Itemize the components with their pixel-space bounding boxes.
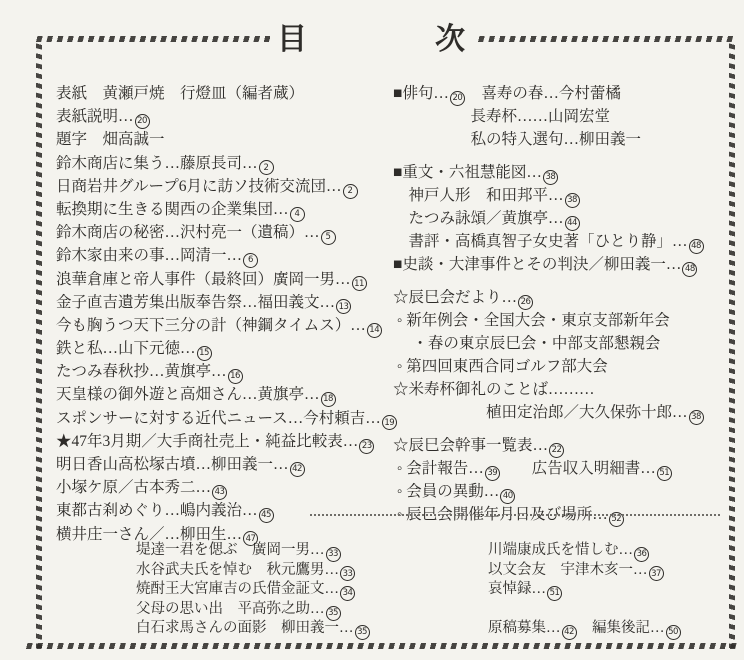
circled-page-number: 45 bbox=[259, 508, 274, 523]
toc-entry-text: 横井庄一さん／…柳田生… bbox=[56, 526, 242, 543]
toc-left-column: 表紙 黄瀬戸焼 行燈皿（編者蔵）表紙説明…20題字 畑高誠一鈴木商店に集う…藤原… bbox=[56, 82, 392, 546]
toc-entry-text: 鈴木商店の秘密…沢村亮一（遺稿）… bbox=[56, 224, 320, 241]
toc-gap bbox=[393, 276, 733, 286]
toc-entry: 以文会友 宇津木亥一…37 bbox=[488, 561, 728, 581]
toc-entry: ☆辰巳会幹事一覧表…22 bbox=[393, 434, 733, 457]
toc-entry: 鈴木商店の秘密…沢村亮一（遺稿）…5 bbox=[56, 221, 392, 244]
toc-entry-text: ■俳句… bbox=[393, 85, 449, 102]
toc-entry: 表紙説明…20 bbox=[56, 105, 392, 128]
circled-page-number: 38 bbox=[543, 170, 558, 185]
toc-entry-text: ・春の東京辰巳会・中部支部懇親会 bbox=[393, 335, 660, 352]
toc-entry-text: 私の特入選句…柳田義一 bbox=[393, 131, 641, 148]
toc-entry-text: 浪華倉庫と帝人事件（最終回）廣岡一男… bbox=[56, 271, 351, 288]
toc-entry-text: 今も胸うつ天下三分の計（神鋼タイムス）… bbox=[56, 317, 366, 334]
toc-entry-text: 転換期に生きる関西の企業集団… bbox=[56, 201, 289, 218]
toc-entry: 植田定治郎／大久保弥十郎…38 bbox=[393, 401, 733, 424]
circled-page-number: 36 bbox=[634, 547, 649, 562]
circled-page-number: 23 bbox=[359, 439, 374, 454]
toc-entry: ★47年3月期／大手商社売上・純益比較表…23 bbox=[56, 430, 392, 453]
toc-entry: 転換期に生きる関西の企業集団…4 bbox=[56, 198, 392, 221]
toc-entry-text: 川端康成氏を惜しむ… bbox=[488, 542, 633, 558]
toc-entry-text: 以文会友 宇津木亥一… bbox=[488, 562, 648, 578]
toc-entry: たつみ春秋抄…黄旗亭…16 bbox=[56, 360, 392, 383]
toc-entry: ■史談・大津事件とその判決／柳田義一…48 bbox=[393, 253, 733, 276]
circled-page-number: 34 bbox=[340, 586, 355, 601]
toc-entry-text: 鈴木家由来の事…岡清一… bbox=[56, 247, 242, 264]
toc-entry-text: ☆辰巳会幹事一覧表… bbox=[393, 437, 548, 454]
circled-page-number: 38 bbox=[689, 410, 704, 425]
circled-page-number: 22 bbox=[549, 443, 564, 458]
toc-entry: 明日香山高松塚古墳…柳田義一…42 bbox=[56, 453, 392, 476]
toc-entry: 題字 畑高誠一 bbox=[56, 128, 392, 151]
circled-page-number: 35 bbox=[355, 625, 370, 640]
toc-entry-text: 父母の思い出 平高弥之助… bbox=[136, 601, 325, 617]
toc-entry-text: ■史談・大津事件とその判決／柳田義一… bbox=[393, 256, 681, 273]
toc-entry: 鈴木商店に集う…藤原長司…2 bbox=[56, 152, 392, 175]
toc-entry: 今も胸うつ天下三分の計（神鋼タイムス）…14 bbox=[56, 314, 392, 337]
toc-entry: 東都古刹めぐり…嶋内義治…45 bbox=[56, 499, 392, 522]
toc-entry-text: 明日香山高松塚古墳…柳田義一… bbox=[56, 456, 289, 473]
toc-entry-text: 金子直吉遺芳集出版奉告祭…福田義文… bbox=[56, 294, 335, 311]
toc-page: 目 次 表紙 黄瀬戸焼 行燈皿（編者蔵）表紙説明…20題字 畑高誠一鈴木商店に集… bbox=[0, 0, 744, 660]
page-title-char-left: 目 bbox=[277, 14, 309, 58]
toc-entry-text: 表紙 黄瀬戸焼 行燈皿（編者蔵） bbox=[56, 85, 304, 102]
toc-entry-text: 広告収入明細書… bbox=[501, 460, 656, 477]
toc-gap bbox=[488, 600, 728, 620]
page-title-char-right: 次 bbox=[435, 14, 467, 58]
circled-page-number: 20 bbox=[135, 114, 150, 129]
circled-page-number: 4 bbox=[290, 207, 305, 222]
circled-page-number: 44 bbox=[565, 216, 580, 231]
dotted-separator bbox=[310, 514, 720, 516]
circled-page-number: 33 bbox=[340, 566, 355, 581]
toc-entry-text: 神戸人形 和田邦平… bbox=[393, 187, 564, 204]
toc-entry-text: 天皇様の御外遊と高畑さん…黄旗亭… bbox=[56, 386, 320, 403]
toc-entry-text: ◦ 第四回東西合同ゴルフ部大会 bbox=[393, 358, 608, 375]
toc-entry-text: ☆米寿杯御礼のことば……… bbox=[393, 381, 595, 398]
toc-entry: 金子直吉遺芳集出版奉告祭…福田義文…13 bbox=[56, 291, 392, 314]
circled-page-number: 48 bbox=[689, 239, 704, 254]
circled-page-number: 50 bbox=[666, 625, 681, 640]
toc-entry-text: ■重文・六祖慧能図… bbox=[393, 164, 542, 181]
toc-entry: 鈴木家由来の事…岡清一…6 bbox=[56, 244, 392, 267]
circled-page-number: 39 bbox=[485, 466, 500, 481]
toc-entry: スポンサーに対する近代ニュース…今村頼吉…19 bbox=[56, 407, 392, 430]
toc-entry-text: スポンサーに対する近代ニュース…今村頼吉… bbox=[56, 410, 381, 427]
toc-entry: 書評・高橋真智子女史著「ひとり静」…48 bbox=[393, 230, 733, 253]
circled-page-number: 11 bbox=[352, 276, 367, 291]
circled-page-number: 35 bbox=[326, 606, 341, 621]
toc-gap bbox=[393, 151, 733, 161]
circled-page-number: 2 bbox=[343, 184, 358, 199]
toc-entry-text: 鈴木商店に集う…藤原長司… bbox=[56, 155, 258, 172]
circled-page-number: 38 bbox=[565, 193, 580, 208]
circled-page-number: 6 bbox=[243, 253, 258, 268]
toc-entry-text: 表紙説明… bbox=[56, 108, 134, 125]
toc-entry: ☆辰巳会だより…26 bbox=[393, 286, 733, 309]
toc-memorial-right-block: 川端康成氏を惜しむ…36以文会友 宇津木亥一…37哀悼録…51原稿募集…42 編… bbox=[488, 541, 728, 639]
toc-entry: 鉄と私…山下元徳…15 bbox=[56, 337, 392, 360]
toc-gap bbox=[393, 424, 733, 434]
circled-page-number: 18 bbox=[321, 392, 336, 407]
circled-page-number: 5 bbox=[321, 230, 336, 245]
toc-entry-text: 書評・高橋真智子女史著「ひとり静」… bbox=[393, 233, 688, 250]
toc-entry-text: 東都古刹めぐり…嶋内義治… bbox=[56, 502, 258, 519]
toc-entry: ◦ 第四回東西合同ゴルフ部大会 bbox=[393, 355, 733, 378]
toc-entry: ◦ 会計報告…39 広告収入明細書…51 bbox=[393, 457, 733, 480]
border-bottom bbox=[26, 643, 740, 649]
toc-entry-text: 小塚ケ原／古本秀二… bbox=[56, 479, 211, 496]
toc-entry: ◦ 新年例会・全国大会・東京支部新年会 bbox=[393, 309, 733, 332]
toc-entry: 白石求馬さんの面影 柳田義一…35 bbox=[136, 619, 466, 639]
toc-entry: 神戸人形 和田邦平…38 bbox=[393, 184, 733, 207]
toc-entry: ・春の東京辰巳会・中部支部懇親会 bbox=[393, 332, 733, 355]
circled-page-number: 51 bbox=[547, 586, 562, 601]
toc-entry-text: 水谷武夫氏を悼む 秋元鷹男… bbox=[136, 562, 339, 578]
toc-entry: 父母の思い出 平高弥之助…35 bbox=[136, 600, 466, 620]
toc-entry-text: 編集後記… bbox=[578, 620, 665, 636]
circled-page-number: 51 bbox=[657, 466, 672, 481]
toc-entry: 焼酎王大宮庫吉の氏借金証文…34 bbox=[136, 580, 466, 600]
circled-page-number: 37 bbox=[649, 566, 664, 581]
toc-entry: 天皇様の御外遊と高畑さん…黄旗亭…18 bbox=[56, 383, 392, 406]
circled-page-number: 15 bbox=[197, 346, 212, 361]
toc-entry-text: 植田定治郎／大久保弥十郎… bbox=[393, 404, 688, 421]
toc-entry-text: たつみ春秋抄…黄旗亭… bbox=[56, 363, 227, 380]
toc-entry: 私の特入選句…柳田義一 bbox=[393, 128, 733, 151]
toc-entry: ■俳句…20 喜寿の春…今村蕾橘 bbox=[393, 82, 733, 105]
circled-page-number: 42 bbox=[562, 625, 577, 640]
border-left bbox=[36, 40, 42, 648]
circled-page-number: 16 bbox=[228, 369, 243, 384]
circled-page-number: 26 bbox=[518, 295, 533, 310]
toc-entry-text: 題字 畑高誠一 bbox=[56, 131, 165, 148]
page-title: 目 次 bbox=[0, 14, 744, 58]
toc-entry: 川端康成氏を惜しむ…36 bbox=[488, 541, 728, 561]
toc-entry-text: 喜寿の春…今村蕾橘 bbox=[466, 85, 621, 102]
circled-page-number: 14 bbox=[367, 323, 382, 338]
circled-page-number: 42 bbox=[290, 462, 305, 477]
toc-entry: 水谷武夫氏を悼む 秋元鷹男…33 bbox=[136, 561, 466, 581]
circled-page-number: 48 bbox=[682, 262, 697, 277]
toc-entry: 原稿募集…42 編集後記…50 bbox=[488, 619, 728, 639]
circled-page-number: 20 bbox=[450, 91, 465, 106]
toc-entry-text: 原稿募集… bbox=[488, 620, 561, 636]
toc-entry: 小塚ケ原／古本秀二…43 bbox=[56, 476, 392, 499]
toc-entry-text: ◦ 会員の異動… bbox=[393, 483, 499, 500]
toc-entry-text: 鉄と私…山下元徳… bbox=[56, 340, 196, 357]
toc-entry: ■重文・六祖慧能図…38 bbox=[393, 161, 733, 184]
toc-entry: 長寿杯……山岡宏堂 bbox=[393, 105, 733, 128]
toc-entry: 日商岩井グループ6月に訪ソ技術交流団…2 bbox=[56, 175, 392, 198]
toc-entry-text: ◦ 新年例会・全国大会・東京支部新年会 bbox=[393, 312, 670, 329]
toc-entry-text: 長寿杯……山岡宏堂 bbox=[393, 108, 610, 125]
toc-entry-text: たつみ詠頌／黄旗亭… bbox=[393, 210, 564, 227]
toc-entry: ◦ 会員の異動…40 bbox=[393, 480, 733, 503]
circled-page-number: 40 bbox=[500, 489, 515, 504]
toc-entry-text: 焼酎王大宮庫吉の氏借金証文… bbox=[136, 581, 339, 597]
toc-entry: 表紙 黄瀬戸焼 行燈皿（編者蔵） bbox=[56, 82, 392, 105]
toc-entry-text: ☆辰巳会だより… bbox=[393, 289, 517, 306]
toc-entry: ☆米寿杯御礼のことば……… bbox=[393, 378, 733, 401]
toc-entry: たつみ詠頌／黄旗亭…44 bbox=[393, 207, 733, 230]
circled-page-number: 33 bbox=[326, 547, 341, 562]
toc-entry-text: ★47年3月期／大手商社売上・純益比較表… bbox=[56, 433, 358, 450]
toc-entry-text: ◦ 会計報告… bbox=[393, 460, 484, 477]
circled-page-number: 13 bbox=[336, 299, 351, 314]
circled-page-number: 43 bbox=[212, 485, 227, 500]
toc-entry-text: 哀悼録… bbox=[488, 581, 546, 597]
toc-entry: 浪華倉庫と帝人事件（最終回）廣岡一男…11 bbox=[56, 268, 392, 291]
circled-page-number: 2 bbox=[259, 160, 274, 175]
toc-right-column: ■俳句…20 喜寿の春…今村蕾橘 長寿杯……山岡宏堂 私の特入選句…柳田義一■重… bbox=[393, 82, 733, 526]
toc-entry-text: 白石求馬さんの面影 柳田義一… bbox=[136, 620, 354, 636]
toc-entry: 堤達一君を偲ぶ 廣岡一男…33 bbox=[136, 541, 466, 561]
toc-entry: 哀悼録…51 bbox=[488, 580, 728, 600]
toc-entry-text: 堤達一君を偲ぶ 廣岡一男… bbox=[136, 542, 325, 558]
toc-memorial-left-block: 堤達一君を偲ぶ 廣岡一男…33水谷武夫氏を悼む 秋元鷹男…33焼酎王大宮庫吉の氏… bbox=[136, 541, 466, 639]
toc-entry-text: 日商岩井グループ6月に訪ソ技術交流団… bbox=[56, 178, 342, 195]
